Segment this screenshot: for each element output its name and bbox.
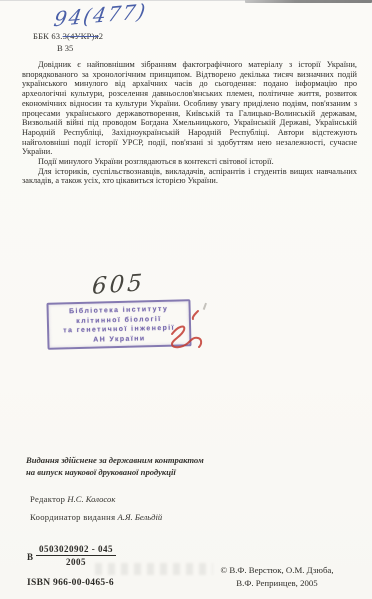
editor-role: Редактор <box>30 494 65 504</box>
annotation-paragraph: Події минулого України розглядаються в к… <box>22 157 357 167</box>
coordinator-name: А.Я. Бельдій <box>117 512 162 522</box>
red-pen-mark <box>158 308 206 354</box>
copyright-block: © В.Ф. Верстюк, О.М. Дзюба, В.Ф. Репринц… <box>213 564 341 590</box>
bbk-classification: ББК 63.3(4УКР)я2 <box>33 31 103 41</box>
editor-credit: Редактор Н.С. Колосок <box>30 494 115 504</box>
isbn: ISBN 966-00-0465-6 <box>27 578 114 588</box>
bbk-code-suffix: 2 <box>99 31 103 41</box>
contract-note-line: Видання здійснене за державним контракто… <box>26 455 204 467</box>
index-numerator: 0503020902 - 045 <box>36 544 116 556</box>
annotation-block: Довідник є найповнішим зібранням фактогр… <box>22 60 357 186</box>
contract-note-line: на випуск наукової друкованої продукції <box>26 467 204 479</box>
bleedthrough-artifact <box>95 563 213 575</box>
annotation-paragraph: Довідник є найповнішим зібранням фактогр… <box>22 60 357 157</box>
annotation-paragraph: Для істориків, суспільствознавців, викла… <box>22 167 357 186</box>
bbk-label: ББК <box>33 31 49 41</box>
book-cipher: В 35 <box>57 43 73 53</box>
copyright-line: © В.Ф. Верстюк, О.М. Дзюба, <box>213 564 341 577</box>
coordinator-role: Координатор видання <box>30 512 115 522</box>
state-contract-note: Видання здійснене за державним контракто… <box>26 455 204 478</box>
editor-name: Н.С. Колосок <box>67 494 115 504</box>
coordinator-credit: Координатор видання А.Я. Бельдій <box>30 512 162 522</box>
scan-shadow-artifact <box>245 0 372 3</box>
index-letter: В <box>27 552 33 562</box>
inventory-number-handwriting: 605 <box>91 270 146 300</box>
bbk-code-prefix: 63. <box>51 31 62 41</box>
bbk-code-struck: 3(4УКР)я <box>63 31 99 41</box>
udc-handwriting: 94(477) <box>52 0 149 31</box>
scanned-book-imprint-page: 94(477) ББК 63.3(4УКР)я2 В 35 Довідник є… <box>0 0 372 599</box>
copyright-line: В.Ф. Репринцев, 2005 <box>213 577 341 590</box>
